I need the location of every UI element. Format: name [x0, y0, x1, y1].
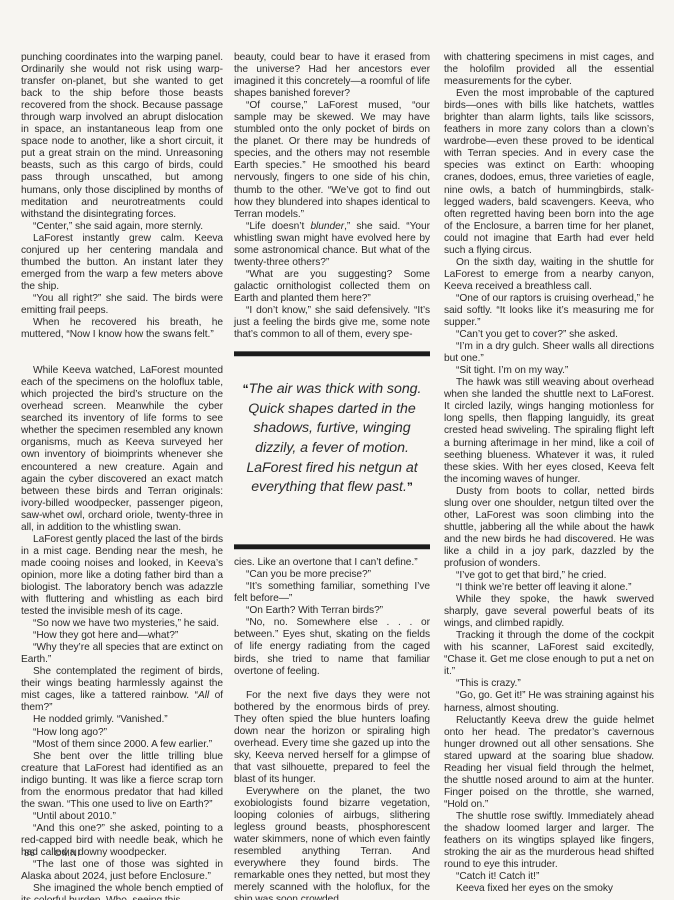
paragraph: “Sit tight. I’m on my way.” [444, 365, 654, 377]
paragraph: “Go, go. Get it!” He was straining again… [444, 690, 654, 714]
paragraph: cies. Like an overtone that I can’t defi… [234, 557, 430, 569]
close-quote-mark: ” [407, 480, 413, 494]
paragraph: “Why they’re all species that are extinc… [21, 642, 223, 666]
paragraph: “Center,” she said again, more sternly. [21, 221, 223, 233]
paragraph: “Of course,” LaForest mused, “our sample… [234, 100, 430, 220]
paragraph: LaForest instantly grew calm. Keeva conj… [21, 233, 223, 293]
paragraph: “Catch it! Catch it!” [444, 871, 654, 883]
paragraph: Everywhere on the planet, the two exobio… [234, 786, 430, 900]
magazine-name: OMNI [54, 848, 80, 859]
paragraph: “I don’t know,” she said defensively. “I… [234, 305, 430, 341]
emphasis: All [198, 690, 209, 701]
paragraph: “It’s something familiar, something I’ve… [234, 581, 430, 605]
paragraph: “On Earth? With Terran birds?” [234, 605, 430, 617]
paragraph: “Can you be more precise?” [234, 569, 430, 581]
paragraph: She contemplated the regiment of birds, … [21, 666, 223, 714]
pull-quote: “The air was thick with song. Quick shap… [234, 356, 430, 544]
paragraph: “I think we’re better off leaving it alo… [444, 582, 654, 594]
paragraph: “This is crazy.” [444, 678, 654, 690]
column-2: beauty, could bear to have it erased fro… [234, 52, 430, 900]
paragraph: with chattering specimens in mist cages,… [444, 52, 654, 88]
paragraph: “How long ago?” [21, 727, 223, 739]
paragraph: “Most of them since 2000. A few earlier.… [21, 739, 223, 751]
paragraph: “You all right?” she said. The birds wer… [21, 293, 223, 317]
paragraph: “How they got here and—what?” [21, 630, 223, 642]
paragraph: “Can’t you get to cover?” she asked. [444, 329, 654, 341]
paragraph: She imagined the whole bench emptied of … [21, 883, 223, 900]
page-folio: 86 OMNI [24, 848, 80, 859]
page-number: 86 [24, 848, 35, 859]
paragraph: “What are you suggesting? Some galactic … [234, 269, 430, 305]
paragraph: punching coordinates into the warping pa… [21, 52, 223, 221]
paragraph: “One of our raptors is cruising overhead… [444, 293, 654, 329]
paragraph: “Until about 2010.” [21, 811, 223, 823]
paragraph: beauty, could bear to have it erased fro… [234, 52, 430, 100]
section-break-paragraph: While Keeva watched, LaForest mounted ea… [21, 365, 223, 534]
paragraph: “So now we have two mysteries,” he said. [21, 618, 223, 630]
column-3: with chattering specimens in mist cages,… [444, 52, 654, 895]
pull-quote-text: The air was thick with song. Quick shape… [246, 381, 421, 495]
paragraph: Even the most improbable of the captured… [444, 88, 654, 257]
paragraph: “No, no. Somewhere else . . . or between… [234, 617, 430, 677]
pull-quote-bottom-rule [234, 544, 430, 549]
text-run: She contemplated the regiment of birds, … [21, 666, 223, 701]
text-run: “Life doesn’t [246, 221, 310, 232]
column-1: punching coordinates into the warping pa… [21, 52, 223, 900]
paragraph: LaForest gently placed the last of the b… [21, 534, 223, 618]
paragraph: “I’m in a dry gulch. Sheer walls all dir… [444, 341, 654, 365]
paragraph: Tracking it through the dome of the cock… [444, 630, 654, 678]
paragraph: “Life doesn’t blunder,” she said. “Your … [234, 221, 430, 269]
paragraph: She bent over the little trilling blue c… [21, 751, 223, 811]
paragraph: Reluctantly Keeva drew the guide helmet … [444, 715, 654, 811]
paragraph: The hawk was still weaving about overhea… [444, 377, 654, 485]
paragraph: While they spoke, the hawk swerved sharp… [444, 594, 654, 630]
paragraph: “The last one of those was sighted in Al… [21, 859, 223, 883]
paragraph: The shuttle rose swiftly. Immediately ah… [444, 811, 654, 871]
emphasis: blunder [310, 221, 344, 232]
paragraph: Keeva fixed her eyes on the smoky [444, 883, 654, 895]
paragraph: When he recovered his breath, he muttere… [21, 317, 223, 341]
paragraph: He nodded grimly. “Vanished.” [21, 714, 223, 726]
paragraph: On the sixth day, waiting in the shuttle… [444, 257, 654, 293]
paragraph: Dusty from boots to collar, netted birds… [444, 486, 654, 570]
section-break-paragraph: For the next five days they were not bot… [234, 690, 430, 786]
paragraph: “I’ve got to get that bird,” he cried. [444, 570, 654, 582]
